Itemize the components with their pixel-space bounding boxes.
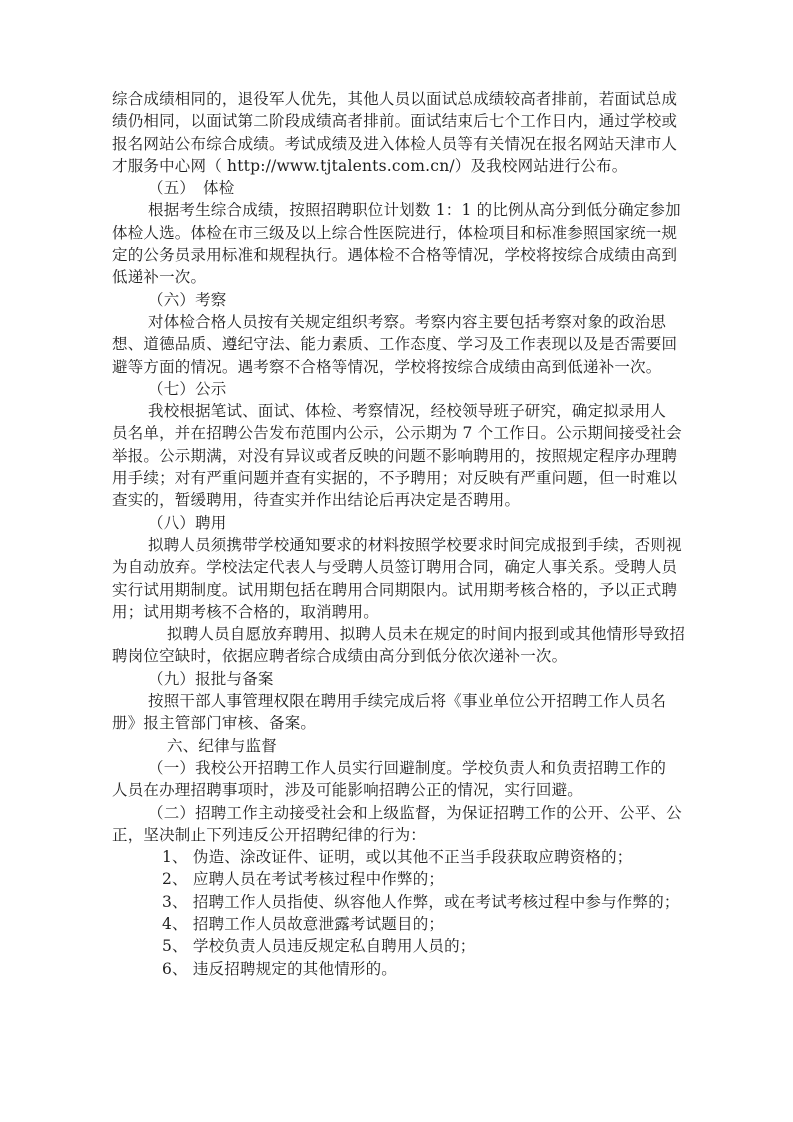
text-line: 想、道德品质、遵纪守法、能力素质、工作态度、学习及工作表现以及是否需要回 (112, 333, 712, 355)
text-line: （二）招聘工作主动接受社会和上级监督，为保证招聘工作的公开、公平、公 (112, 802, 712, 824)
text-line: 员名单，并在招聘公告发布范围内公示，公示期为 7 个工作日。公示期间接受社会 (112, 422, 712, 444)
text-line: 4、 招聘工作人员故意泄露考试题目的； (112, 913, 712, 935)
text-line: 对体检合格人员按有关规定组织考察。考察内容主要包括考察对象的政治思 (112, 311, 712, 333)
text-line: 查实的，暂缓聘用，待查实并作出结论后再决定是否聘用。 (112, 489, 712, 511)
text-line: 六、纪律与监督 (112, 735, 712, 757)
text-line: 册》报主管部门审核、备案。 (112, 712, 712, 734)
text-line: 我校根据笔试、面试、体检、考察情况，经校领导班子研究，确定拟录用人 (112, 400, 712, 422)
text-line: 用；试用期考核不合格的，取消聘用。 (112, 601, 712, 623)
text-line: （一）我校公开招聘工作人员实行回避制度。学校负责人和负责招聘工作的 (112, 757, 712, 779)
text-line: 2、 应聘人员在考试考核过程中作弊的； (112, 868, 712, 890)
text-line: （八）聘用 (112, 512, 712, 534)
text-line: 拟聘人员须携带学校通知要求的材料按照学校要求时间完成报到手续，否则视 (112, 534, 712, 556)
text-line: 体检人选。体检在市三级及以上综合性医院进行，体检项目和标准参照国家统一规 (112, 222, 712, 244)
text-line: （五） 体检 (112, 177, 712, 199)
text-line: （六）考察 (112, 289, 712, 311)
text-line: 正，坚决制止下列违反公开招聘纪律的行为： (112, 824, 712, 846)
text-line: 才服务中心网（ http://www.tjtalents.com.cn/）及我校… (112, 155, 712, 177)
text-line: 6、 违反招聘规定的其他情形的。 (112, 958, 712, 980)
text-line: 按照干部人事管理权限在聘用手续完成后将《事业单位公开招聘工作人员名 (112, 690, 712, 712)
text-line: 人员在办理招聘事项时，涉及可能影响招聘公正的情况，实行回避。 (112, 779, 712, 801)
text-line: 实行试用期制度。试用期包括在聘用合同期限内。试用期考核合格的，予以正式聘 (112, 579, 712, 601)
text-line: 根据考生综合成绩，按照招聘职位计划数 1：1 的比例从高分到低分确定参加 (112, 199, 712, 221)
text-line: （七）公示 (112, 378, 712, 400)
text-line: 拟聘人员自愿放弃聘用、拟聘人员未在规定的时间内报到或其他情形导致招 (112, 623, 712, 645)
text-line: 避等方面的情况。遇考察不合格等情况，学校将按综合成绩由高到低递补一次。 (112, 356, 712, 378)
text-line: 聘岗位空缺时，依据应聘者综合成绩由高分到低分依次递补一次。 (112, 645, 712, 667)
text-line: 5、 学校负责人员违反规定私自聘用人员的； (112, 935, 712, 957)
text-line: 绩仍相同，以面试第二阶段成绩高者排前。面试结束后七个工作日内，通过学校或 (112, 110, 712, 132)
text-line: 1、 伪造、涂改证件、证明，或以其他不正当手段获取应聘资格的； (112, 846, 712, 868)
text-line: 用手续；对有严重问题并查有实据的，不予聘用；对反映有严重问题，但一时难以 (112, 467, 712, 489)
text-line: 综合成绩相同的，退役军人优先，其他人员以面试总成绩较高者排前，若面试总成 (112, 88, 712, 110)
text-line: （九）报批与备案 (112, 668, 712, 690)
text-line: 3、 招聘工作人员指使、纵容他人作弊，或在考试考核过程中参与作弊的； (112, 891, 712, 913)
text-line: 为自动放弃。学校法定代表人与受聘人员签订聘用合同，确定人事关系。受聘人员 (112, 556, 712, 578)
text-line: 定的公务员录用标准和规程执行。遇体检不合格等情况，学校将按综合成绩由高到 (112, 244, 712, 266)
text-line: 低递补一次。 (112, 266, 712, 288)
document-text-block: 综合成绩相同的，退役军人优先，其他人员以面试总成绩较高者排前，若面试总成绩仍相同… (112, 88, 712, 980)
document-page: 综合成绩相同的，退役军人优先，其他人员以面试总成绩较高者排前，若面试总成绩仍相同… (0, 0, 793, 1122)
text-line: 报名网站公布综合成绩。考试成绩及进入体检人员等有关情况在报名网站天津市人 (112, 133, 712, 155)
text-line: 举报。公示期满，对没有异议或者反映的问题不影响聘用的，按照规定程序办理聘 (112, 445, 712, 467)
